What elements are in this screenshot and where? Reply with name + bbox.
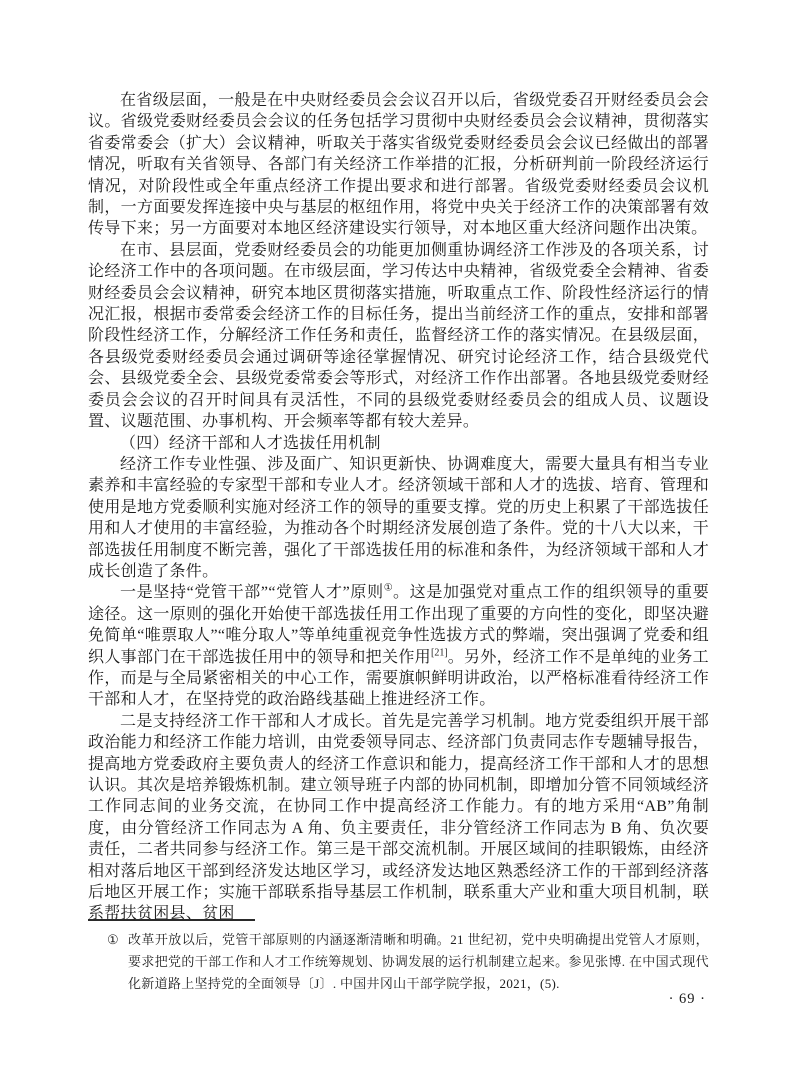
paragraph-cadre-talent-intro: 经济工作专业性强、涉及面广、知识更新快、协调难度大，需要大量具有相当专业素养和丰… — [88, 454, 709, 582]
footnote-ref-1: ① — [384, 583, 393, 594]
footnote-section: ① 改革开放以后，党管干部原则的内涵逐渐清晰和明确。21 世纪初，党中央明确提出… — [88, 919, 709, 995]
paragraph-second-support-growth: 二是支持经济工作干部和人才成长。首先是完善学习机制。地方党委组织开展干部政治能力… — [88, 711, 709, 925]
section-heading: （四）经济干部和人才选拔任用机制 — [88, 433, 709, 454]
page-number: · 69 · — [669, 991, 706, 1008]
citation-ref-21: [21] — [431, 647, 448, 658]
footnote-text: 改革开放以后，党管干部原则的内涵逐渐清晰和明确。21 世纪初，党中央明确提出党管… — [128, 929, 709, 995]
footnote-separator-rule — [88, 919, 255, 921]
footnote-item: ① 改革开放以后，党管干部原则的内涵逐渐清晰和明确。21 世纪初，党中央明确提出… — [88, 929, 709, 995]
document-page: 在省级层面，一般是在中央财经委员会会议召开以后，省级党委召开财经委员会会议。省级… — [0, 0, 793, 1077]
paragraph-provincial-level: 在省级层面，一般是在中央财经委员会会议召开以后，省级党委召开财经委员会会议。省级… — [88, 90, 709, 240]
paragraph-text-segment: 一是坚持“党管干部”“党管人才”原则 — [120, 584, 384, 601]
footnote-marker: ① — [107, 929, 128, 951]
paragraph-city-county-level: 在市、县层面，党委财经委员会的功能更加侧重协调经济工作涉及的各项关系，讨论经济工… — [88, 240, 709, 433]
paragraph-first-principle: 一是坚持“党管干部”“党管人才”原则①。这是加强党对重点工作的组织领导的重要途径… — [88, 582, 709, 710]
page-body-text: 在省级层面，一般是在中央财经委员会会议召开以后，省级党委召开财经委员会会议。省级… — [88, 90, 709, 925]
